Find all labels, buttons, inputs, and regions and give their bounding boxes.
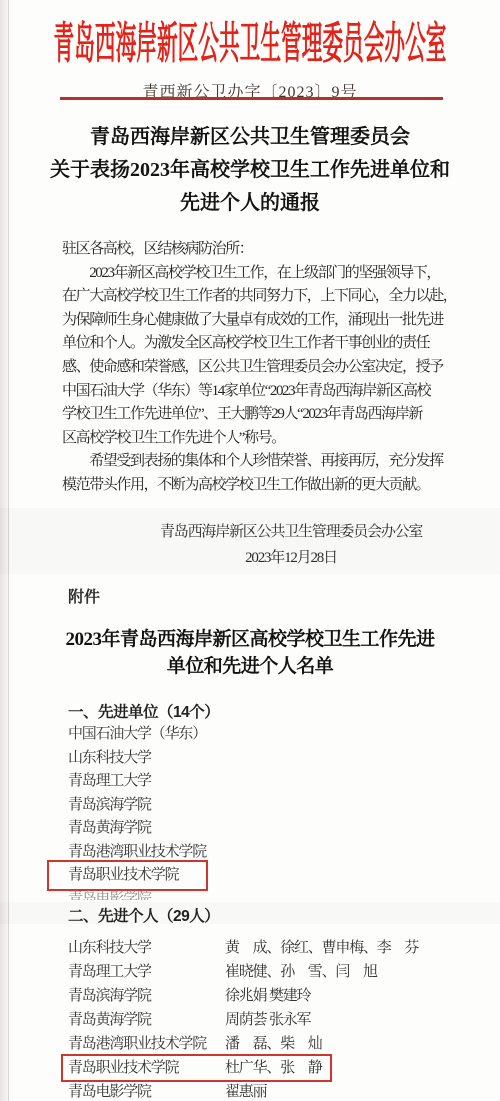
individual-school: 青岛黄海学院 [68, 1008, 151, 1032]
individual-names: 徐兆娟 樊建玲 [225, 984, 310, 1008]
unit-name: 青岛黄海学院 [68, 820, 151, 836]
unit-list-item: 中国石油大学（华东） [0, 723, 500, 747]
body-text-line: 2023年新区高校学校卫生工作，在上级部门的坚强领导下， [62, 262, 445, 286]
advanced-units-list: 中国石油大学（华东） 山东科技大学 青岛理工大学 青岛滨海学院 青岛黄海学院 [0, 723, 500, 900]
individual-list-row: 青岛黄海学院 周荫荟 张永军 [0, 1008, 500, 1032]
body-text-line: 在广大高校学校卫生工作者的共同努力下，上下同心，全力以赴， [62, 285, 445, 309]
individual-school: 青岛职业技术学院 [68, 1056, 178, 1080]
unit-name: 青岛滨海学院 [68, 797, 151, 813]
individual-list-row: 青岛电影学院 翟惠丽 [0, 1080, 500, 1101]
body-text-line: 单位和个人。为激发全区高校学校卫生工作者干事创业的责任 [62, 332, 445, 356]
body-text-line: 希望受到表扬的集体和个人珍惜荣誉、再接再厉，充分发挥 [62, 450, 445, 474]
section-heading-advanced-units: 一、先进单位（14个） [68, 700, 219, 722]
individual-names: 崔晓健、孙 雪、闫 旭 [225, 960, 377, 984]
unit-name: 中国石油大学（华东） [68, 726, 206, 742]
individual-school: 青岛港湾职业技术学院 [68, 1032, 206, 1056]
individual-school: 青岛理工大学 [68, 960, 151, 984]
body-text-line: 模范带头作用，不断为高校学校卫生工作做出新的更大贡献。 [62, 474, 445, 498]
signature-date: 2023年12月28日 [160, 546, 422, 572]
body-text-line: 驻区各高校，区结核病防治所： [62, 238, 445, 262]
unit-name: 青岛理工大学 [68, 773, 151, 789]
unit-list-item: 青岛理工大学 [0, 770, 500, 794]
advanced-individuals-list: 山东科技大学 黄 成、徐红、曹申梅、李 芬 青岛理工大学 崔晓健、孙 雪、闫 旭… [0, 936, 500, 1101]
unit-list-item: 青岛滨海学院 [0, 794, 500, 818]
individual-school: 青岛滨海学院 [68, 984, 151, 1008]
letterhead: 青岛西海岸新区公共卫生管理委员会办公室 [0, 8, 500, 70]
document-title-line: 先进个人的通报 [10, 187, 490, 220]
attachment-title-line: 2023年青岛西海岸新区高校学校卫生工作先进 [10, 627, 490, 654]
individual-list-row: 青岛理工大学 崔晓健、孙 雪、闫 旭 [0, 960, 500, 984]
letterhead-divider-rule [60, 97, 443, 100]
individual-names: 黄 成、徐红、曹申梅、李 芬 [225, 936, 418, 960]
document-title-line: 青岛西海岸新区公共卫生管理委员会 [10, 121, 490, 154]
individual-names: 杜广华、张 静 [225, 1056, 322, 1080]
individual-names: 潘 磊、柴 灿 [225, 1032, 322, 1056]
document-title-line: 关于表扬2023年高校学校卫生工作先进单位和 [10, 154, 490, 187]
unit-name: 青岛港湾职业技术学院 [68, 844, 206, 860]
individual-names: 周荫荟 张永军 [225, 1008, 310, 1032]
document-body: 驻区各高校，区结核病防治所： 2023年新区高校学校卫生工作，在上级部门的坚强领… [62, 238, 445, 498]
red-highlight-box [47, 860, 208, 891]
body-text-line: 学校卫生工作先进单位”、王大鹏等29人“2023年青岛西海岸新 [62, 403, 445, 427]
body-text-line: 中国石油大学（华东）等14家单位“2023年青岛西海岸新区高校 [62, 380, 445, 404]
individual-list-row: 青岛滨海学院 徐兆娟 樊建玲 [0, 984, 500, 1008]
letterhead-office-name: 青岛西海岸新区公共卫生管理委员会办公室 [54, 7, 447, 71]
attachment-title-line: 单位和先进个人名单 [10, 654, 490, 681]
individual-list-row: 青岛职业技术学院 杜广华、张 静 [0, 1056, 500, 1080]
unit-name: 山东科技大学 [68, 750, 151, 766]
individual-list-row: 山东科技大学 黄 成、徐红、曹申梅、李 芬 [0, 936, 500, 960]
individual-names: 翟惠丽 [225, 1080, 266, 1101]
unit-list-item: 青岛黄海学院 [0, 817, 500, 841]
signature-office: 青岛西海岸新区公共卫生管理委员会办公室 [160, 520, 422, 546]
unit-list-item: 山东科技大学 [0, 747, 500, 771]
unit-list-item: 青岛职业技术学院 [0, 864, 500, 888]
section-heading-advanced-individuals: 二、先进个人（29人） [68, 904, 219, 926]
body-text-line: 感、使命感和荣誉感，区公共卫生管理委员会办公室决定，授予 [62, 356, 445, 380]
body-text-line: 区高校学校卫生工作先进个人”称号。 [62, 427, 445, 451]
attachment-title: 2023年青岛西海岸新区高校学校卫生工作先进 单位和先进个人名单 [10, 627, 490, 680]
signature-block: 青岛西海岸新区公共卫生管理委员会办公室 2023年12月28日 [160, 520, 422, 571]
official-document-page: 青岛西海岸新区公共卫生管理委员会办公室 青西新公卫办字〔2023〕9号 青岛西海… [0, 0, 500, 1101]
attachment-label: 附件 [68, 584, 100, 607]
individual-list-row: 青岛港湾职业技术学院 潘 磊、柴 灿 [0, 1032, 500, 1056]
individual-school: 山东科技大学 [68, 936, 151, 960]
unit-list-item: 青岛电影学院 [0, 888, 500, 900]
unit-name: 青岛电影学院 [68, 891, 151, 900]
body-text-line: 为保障师生身心健康做了大量卓有成效的工作，涌现出一批先进 [62, 309, 445, 333]
document-title: 青岛西海岸新区公共卫生管理委员会 关于表扬2023年高校学校卫生工作先进单位和 … [10, 121, 490, 220]
individual-school: 青岛电影学院 [68, 1080, 151, 1101]
